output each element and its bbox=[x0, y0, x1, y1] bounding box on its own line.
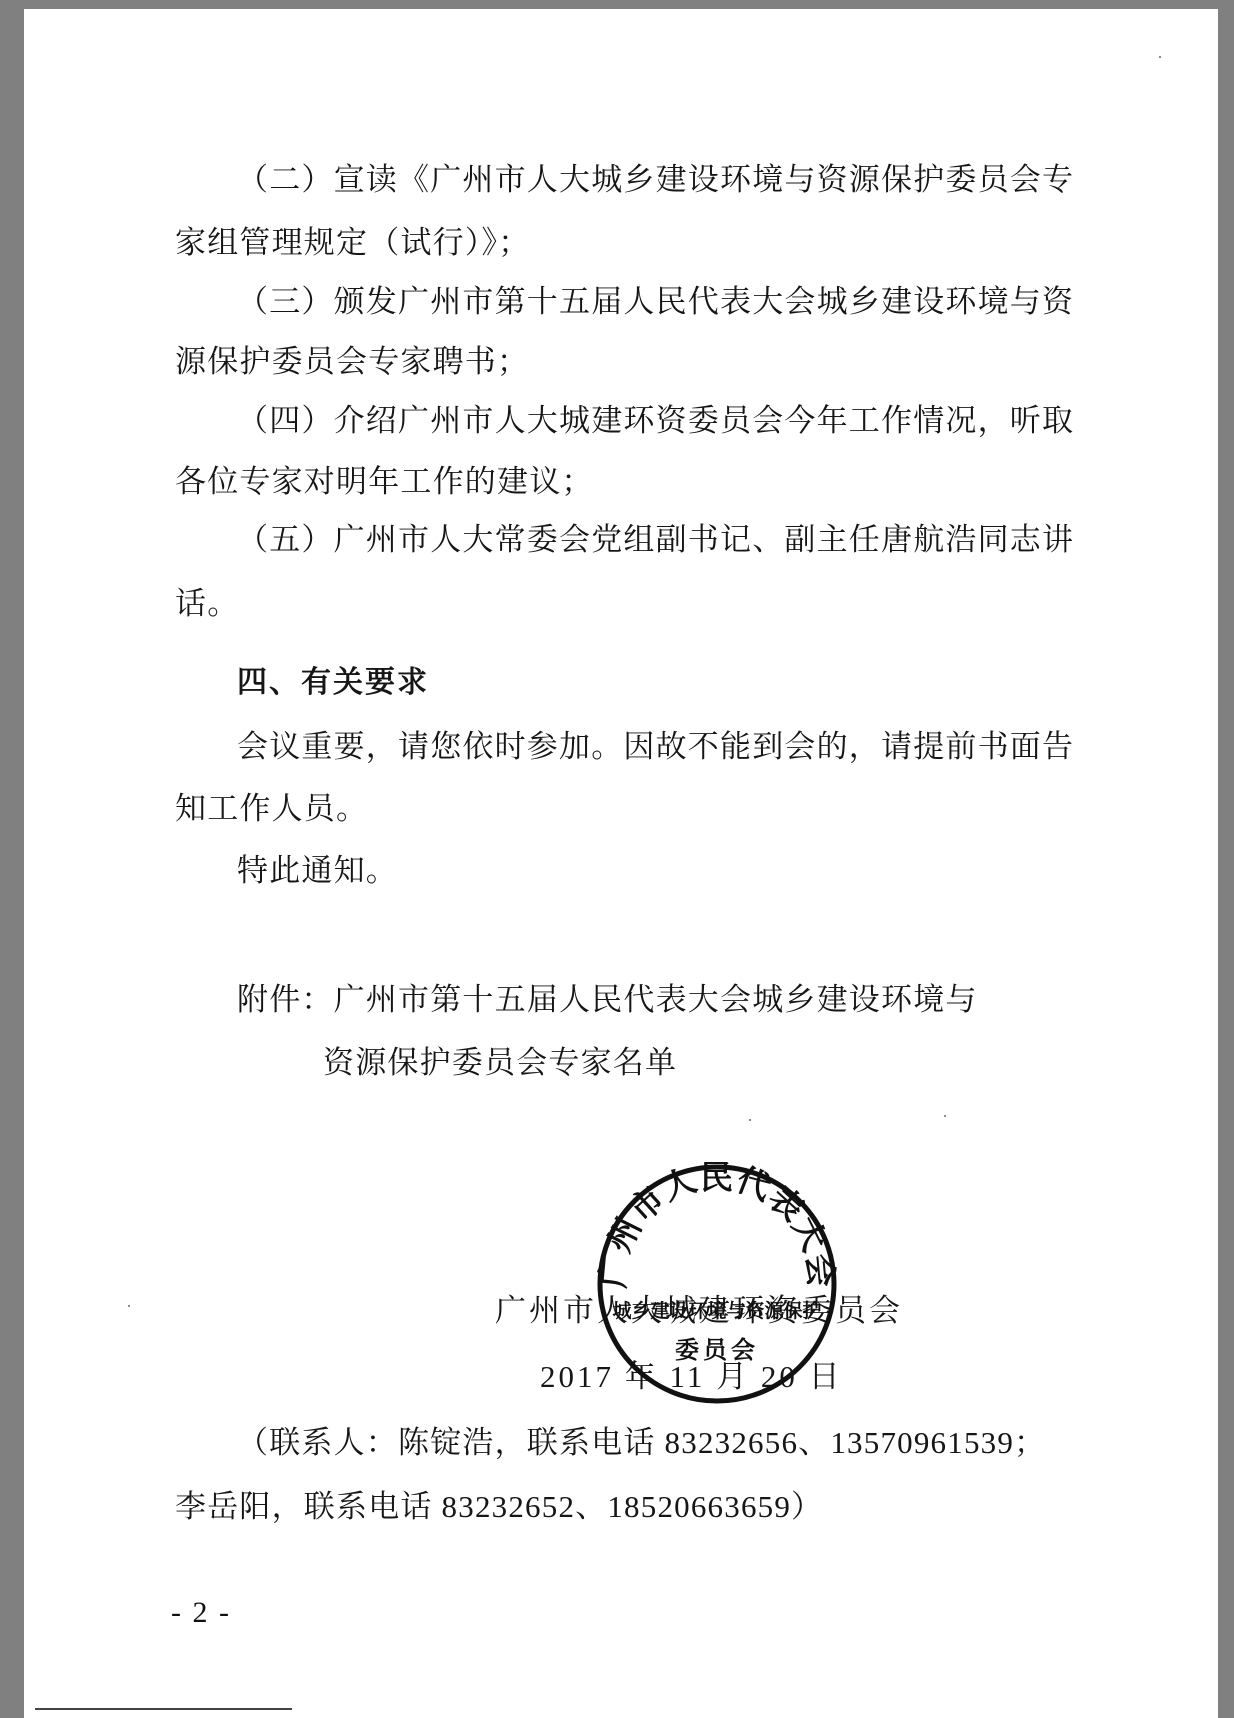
seal-inner-line1: 城乡建设环境与资源保护 bbox=[612, 1299, 821, 1322]
contact-line-1: （联系人：陈锭浩，联系电话 83232656、13570961539； bbox=[237, 1423, 1046, 1463]
scan-speck bbox=[944, 1115, 946, 1117]
agenda-item-2: （二）宣读《广州市人大城乡建设环境与资源保护委员会专 bbox=[237, 160, 1074, 200]
document-page: （二）宣读《广州市人大城乡建设环境与资源保护委员会专 家组管理规定（试行）》； … bbox=[24, 9, 1218, 1718]
seal-outer-text: 广州市人民代表大会 bbox=[595, 1162, 839, 1290]
contact-line-2: 李岳阳，联系电话 83232652、18520663659） bbox=[175, 1487, 823, 1527]
page-number: - 2 - bbox=[171, 1596, 231, 1630]
agenda-item-4: （四）介绍广州市人大城建环资委员会今年工作情况，听取 bbox=[237, 401, 1074, 441]
attachment-line: 附件：广州市第十五届人民代表大会城乡建设环境与 bbox=[237, 980, 978, 1020]
attachment-label: 附件： bbox=[237, 982, 334, 1018]
attachment-title-cont: 资源保护委员会专家名单 bbox=[323, 1043, 677, 1083]
requirements-paragraph: 会议重要，请您依时参加。因故不能到会的，请提前书面告 bbox=[237, 727, 1074, 767]
agenda-item-2-cont: 家组管理规定（试行）》； bbox=[175, 223, 530, 263]
footer-divider bbox=[35, 1708, 292, 1710]
official-seal-icon: 广州市人民代表大会 城乡建设环境与资源保护 委员会 bbox=[595, 1162, 839, 1406]
scan-speck bbox=[749, 1119, 751, 1121]
agenda-item-5: （五）广州市人大常委会党组副书记、副主任唐航浩同志讲 bbox=[237, 520, 1074, 560]
agenda-item-5-cont: 话。 bbox=[175, 584, 239, 624]
seal-inner-line2: 委员会 bbox=[675, 1336, 759, 1364]
scan-speck bbox=[128, 1305, 130, 1307]
attachment-title[interactable]: 广州市第十五届人民代表大会城乡建设环境与 bbox=[334, 982, 978, 1018]
agenda-item-3: （三）颁发广州市第十五届人民代表大会城乡建设环境与资 bbox=[237, 282, 1074, 322]
agenda-item-4-cont: 各位专家对明年工作的建议； bbox=[175, 462, 594, 502]
requirements-paragraph-cont: 知工作人员。 bbox=[175, 789, 368, 829]
agenda-item-3-cont: 源保护委员会专家聘书； bbox=[175, 342, 529, 382]
scan-speck bbox=[1159, 56, 1161, 58]
section-heading: 四、有关要求 bbox=[237, 663, 429, 703]
closing-text: 特此通知。 bbox=[237, 851, 398, 891]
svg-text:广州市人民代表大会: 广州市人民代表大会 bbox=[595, 1162, 839, 1290]
